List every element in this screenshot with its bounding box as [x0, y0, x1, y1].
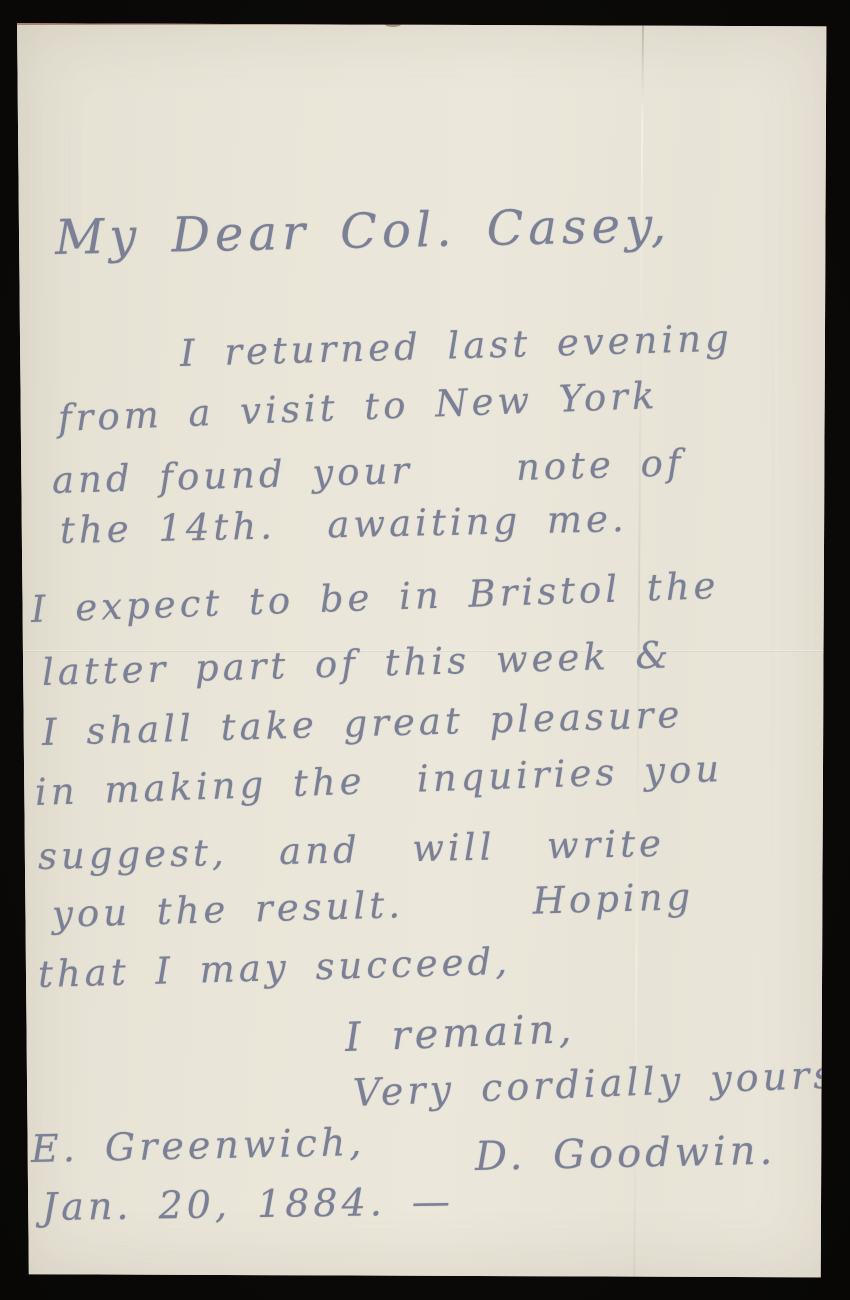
paper-stain [385, 22, 401, 27]
body-line-8: in making the inquiries you [34, 747, 723, 814]
body-line-10: you the result. Hoping [51, 875, 694, 936]
body-line-1: I returned last evening [179, 317, 733, 375]
signature-line: D. Goodwin. [475, 1128, 777, 1180]
salutation-line: My Dear Col. Casey, [54, 197, 671, 266]
place-line: E. Greenwich, [31, 1120, 366, 1171]
letter-paper: My Dear Col. Casey, I returned last even… [15, 22, 828, 1278]
body-line-7: I shall take great pleasure [41, 693, 683, 754]
photo-backdrop: My Dear Col. Casey, I returned last even… [0, 0, 850, 1300]
body-line-4: the 14th. awaiting me. [60, 497, 629, 552]
date-line: Jan. 20, 1884. — [42, 1179, 454, 1229]
body-line-11: that I may succeed, [37, 940, 511, 996]
paper-top-edge [15, 22, 828, 25]
closing-remain-line: I remain, [344, 1006, 576, 1061]
body-line-5: I expect to be in Bristol the [30, 564, 720, 631]
body-line-6: latter part of this week & [41, 633, 673, 694]
body-line-3: and found your note of [51, 441, 685, 502]
valediction-line: Very cordially yours, [352, 1052, 850, 1115]
body-line-2: from a visit to New York [57, 374, 659, 440]
body-line-9: suggest, and will write [38, 822, 666, 878]
